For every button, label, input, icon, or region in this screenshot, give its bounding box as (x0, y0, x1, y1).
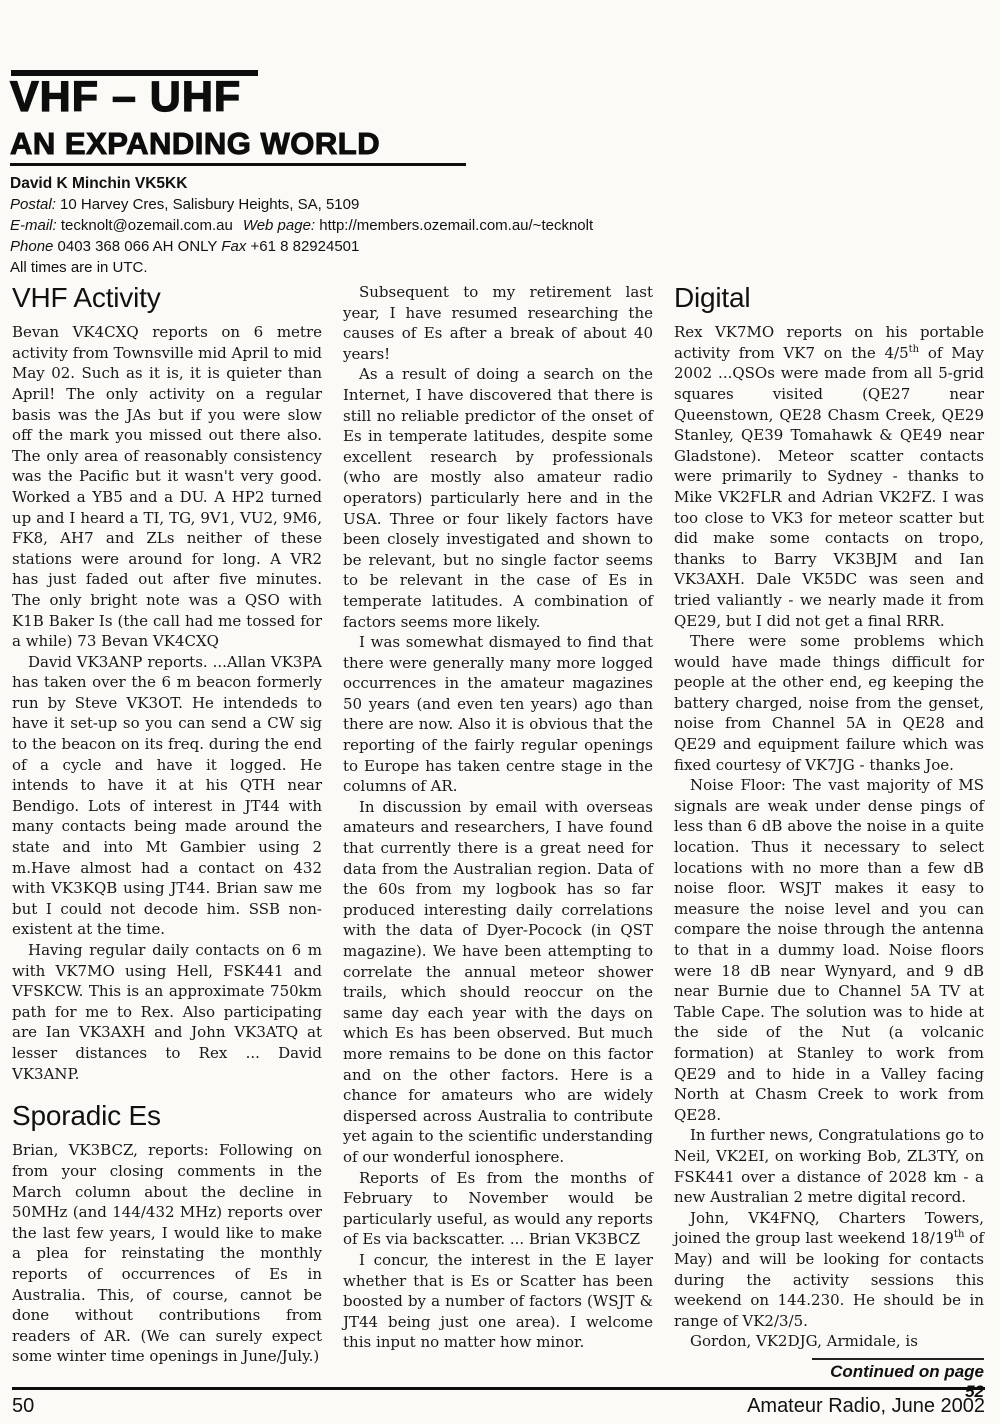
column-3: Digital Rex VK7MO reports on his portabl… (674, 282, 984, 1402)
author-name: David K Minchin VK5KK (10, 173, 593, 194)
section-heading-digital: Digital (674, 282, 984, 314)
page-footer: 50 Amateur Radio, June 2002 (12, 1387, 985, 1418)
paragraph-problems: There were some problems which would hav… (674, 631, 984, 775)
paragraph-david-vk3anp: David VK3ANP reports. ...Allan VK3PA has… (12, 652, 322, 940)
web-page-label: Web page: (243, 217, 315, 234)
paragraph-email-discussion: In discussion by email with overseas ama… (343, 797, 653, 1168)
postal-value: 10 Harvey Cres, Salisbury Heights, SA, 5… (60, 196, 359, 213)
column-2: Subsequent to my retirement last year, I… (343, 282, 653, 1402)
phone-value: 0403 368 066 AH ONLY (58, 238, 218, 255)
paragraph-reports-of-es: Reports of Es from the months of Februar… (343, 1168, 653, 1250)
magazine-page: VHF – UHF AN EXPANDING WORLD David K Min… (0, 0, 1000, 1424)
author-block: David K Minchin VK5KK Postal: 10 Harvey … (10, 173, 593, 278)
author-email-web-line: E-mail: tecknolt@ozemail.com.auWeb page:… (10, 215, 593, 236)
fax-value: +61 8 82924501 (250, 238, 359, 255)
john-superscript: th (954, 1229, 964, 1240)
paragraph-daily-contacts: Having regular daily contacts on 6 m wit… (12, 940, 322, 1084)
paragraph-gordon-vk2djg: Gordon, VK2DJG, Armidale, is (674, 1331, 984, 1352)
article-title: VHF – UHF (10, 74, 241, 121)
section-heading-sporadic-es: Sporadic Es (12, 1100, 322, 1132)
phone-label: Phone (10, 238, 53, 255)
john-text-pre: John, VK4FNQ, Charters Towers, joined th… (674, 1209, 984, 1248)
author-phone-line: Phone 0403 368 066 AH ONLY Fax +61 8 829… (10, 236, 593, 257)
section-heading-vhf-activity: VHF Activity (12, 282, 322, 314)
article-columns: VHF Activity Bevan VK4CXQ reports on 6 m… (12, 282, 985, 1402)
paragraph-dismayed: I was somewhat dismayed to find that the… (343, 632, 653, 797)
paragraph-brian-vk3bcz: Brian, VK3BCZ, reports: Following on fro… (12, 1140, 322, 1367)
paragraph-rex-vk7mo: Rex VK7MO reports on his portable activi… (674, 322, 984, 631)
email-value: tecknolt@ozemail.com.au (61, 217, 233, 234)
paragraph-internet-search: As a result of doing a search on the Int… (343, 364, 653, 632)
journal-title: Amateur Radio, June 2002 (747, 1395, 985, 1418)
web-page-value: http://members.ozemail.com.au/~tecknolt (319, 217, 593, 234)
paragraph-further-news: In further news, Congratulations go to N… (674, 1125, 984, 1207)
article-subtitle: AN EXPANDING WORLD (10, 127, 380, 161)
paragraph-retirement: Subsequent to my retirement last year, I… (343, 282, 653, 364)
utc-note: All times are in UTC. (10, 257, 593, 278)
fax-label: Fax (221, 238, 246, 255)
column-1: VHF Activity Bevan VK4CXQ reports on 6 m… (12, 282, 322, 1402)
author-postal-line: Postal: 10 Harvey Cres, Salisbury Height… (10, 194, 593, 215)
paragraph-john-vk4fnq: John, VK4FNQ, Charters Towers, joined th… (674, 1208, 984, 1332)
paragraph-noise-floor: Noise Floor: The vast majority of MS sig… (674, 775, 984, 1125)
rex-superscript: th (909, 344, 919, 355)
rex-text-post: of May 2002 ...QSOs were made from all 5… (674, 344, 984, 630)
subtitle-underline (10, 163, 466, 166)
paragraph-bevan-vk4cxq: Bevan VK4CXQ reports on 6 metre activity… (12, 322, 322, 652)
postal-label: Postal: (10, 196, 56, 213)
paragraph-i-concur: I concur, the interest in the E layer wh… (343, 1250, 653, 1353)
email-label: E-mail: (10, 217, 57, 234)
page-number: 50 (12, 1395, 34, 1418)
